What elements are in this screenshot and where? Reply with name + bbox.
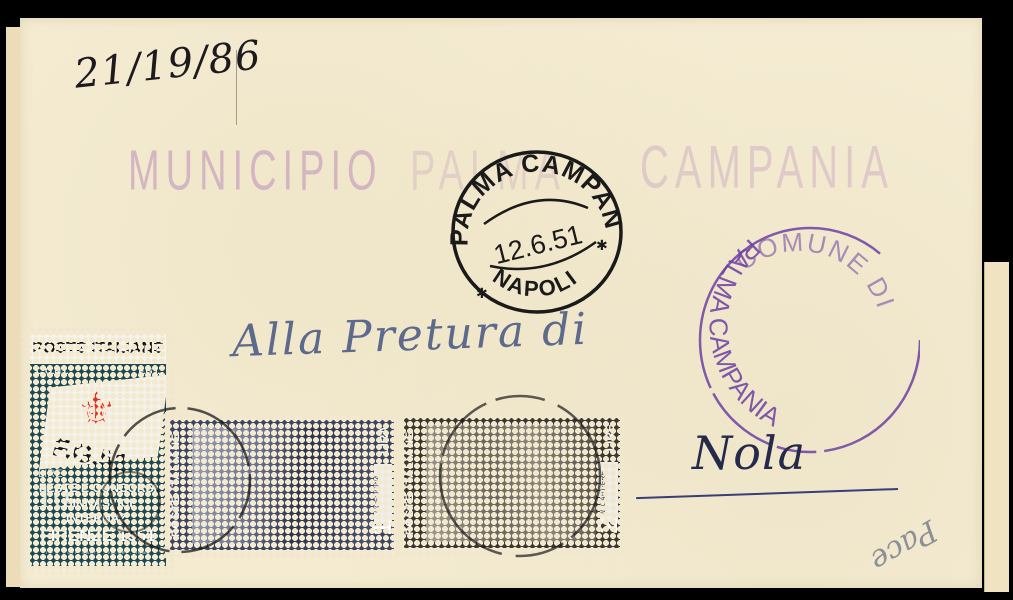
faint-header-campania: CAMPANIA xyxy=(640,135,894,203)
stamp-fgi-label: F.G.I. xyxy=(138,366,160,376)
stamp-country: POSTE ITALIANE xyxy=(404,418,422,548)
stamp-cancel-left xyxy=(70,392,270,572)
stamp-cancel-right xyxy=(430,390,620,570)
right-flap xyxy=(984,262,1009,592)
seal-inner-text: COMUNE DI xyxy=(730,227,901,313)
stamp-country: POSTE ITALIANE xyxy=(30,334,166,364)
stamp-coni-label: C.O.N.I. xyxy=(36,366,69,376)
postmark-date: 12.6.51 xyxy=(491,219,586,270)
address-line-2: Nola xyxy=(692,426,806,480)
star-icon: ✱ xyxy=(596,237,608,253)
stamp-value: 1 xyxy=(366,520,394,536)
stamp-currency: LIRA xyxy=(377,426,391,454)
star-icon: ✱ xyxy=(476,285,488,301)
svg-text:COMUNE DI: COMUNE DI xyxy=(730,227,901,313)
faint-header-municipio: MUNICIPIO xyxy=(128,140,383,205)
postmark-palma-campania: PALMA CAMPANIA NAPOLI 12.6.51 ✱ ✱ xyxy=(446,146,628,318)
stamp-caption: L'OFFICINA xyxy=(374,464,392,524)
